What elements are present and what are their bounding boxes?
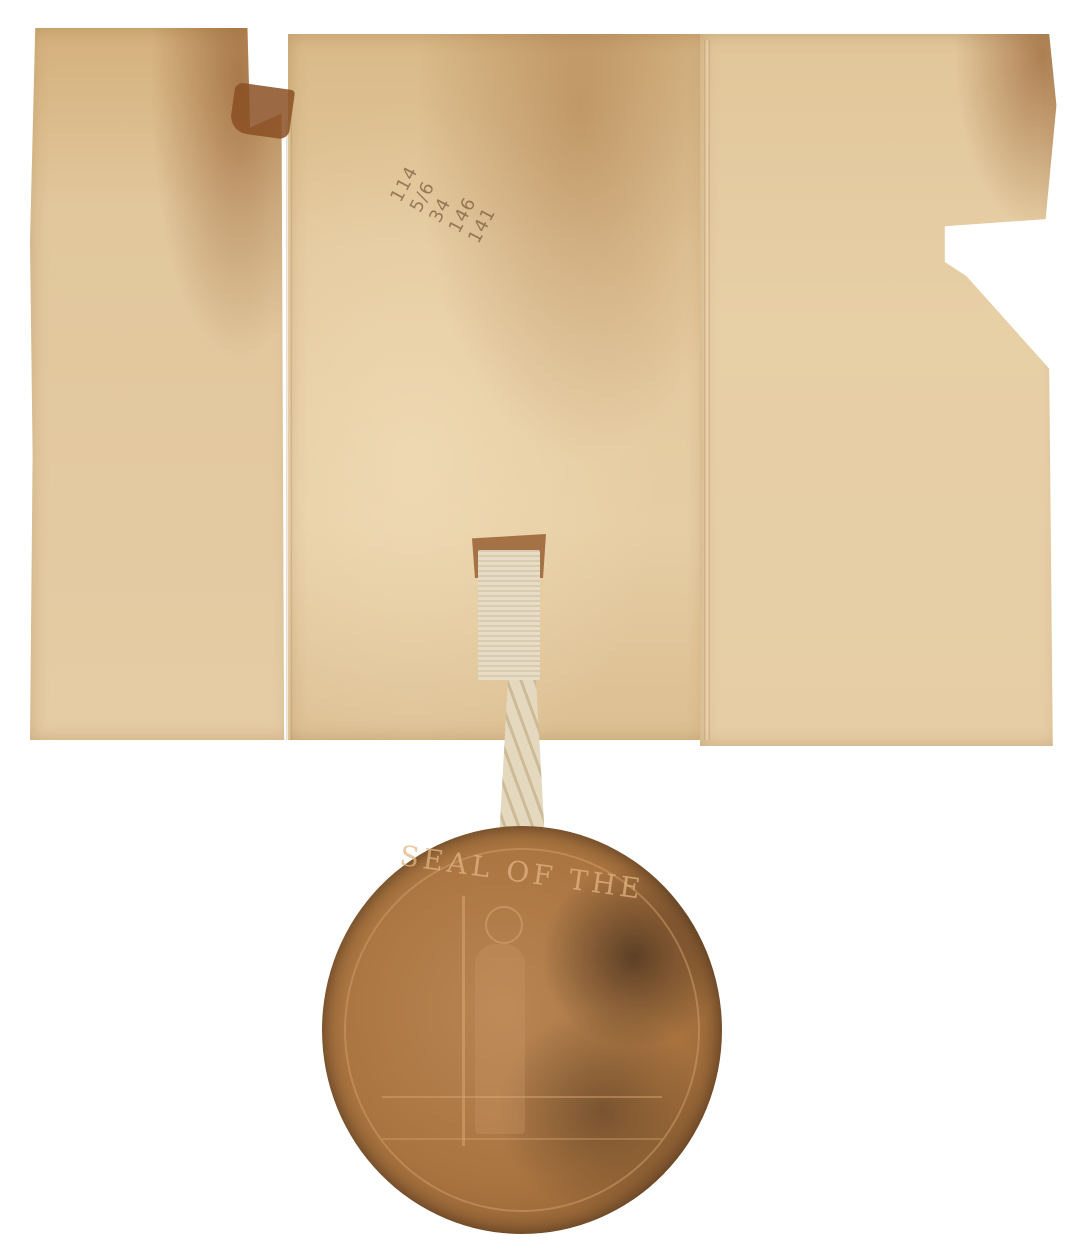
fold-crease-left [286, 120, 292, 740]
photo-scene: 114 5/6 34 146 141 SEAL OF THE [0, 0, 1080, 1259]
fold-crease-right [704, 40, 710, 740]
cloth-ribbon [478, 550, 540, 680]
torn-corner-curl [229, 82, 295, 140]
wax-seal: SEAL OF THE [322, 826, 722, 1234]
seal-ground-line [382, 1096, 662, 1140]
document-panel-right [700, 34, 1060, 746]
